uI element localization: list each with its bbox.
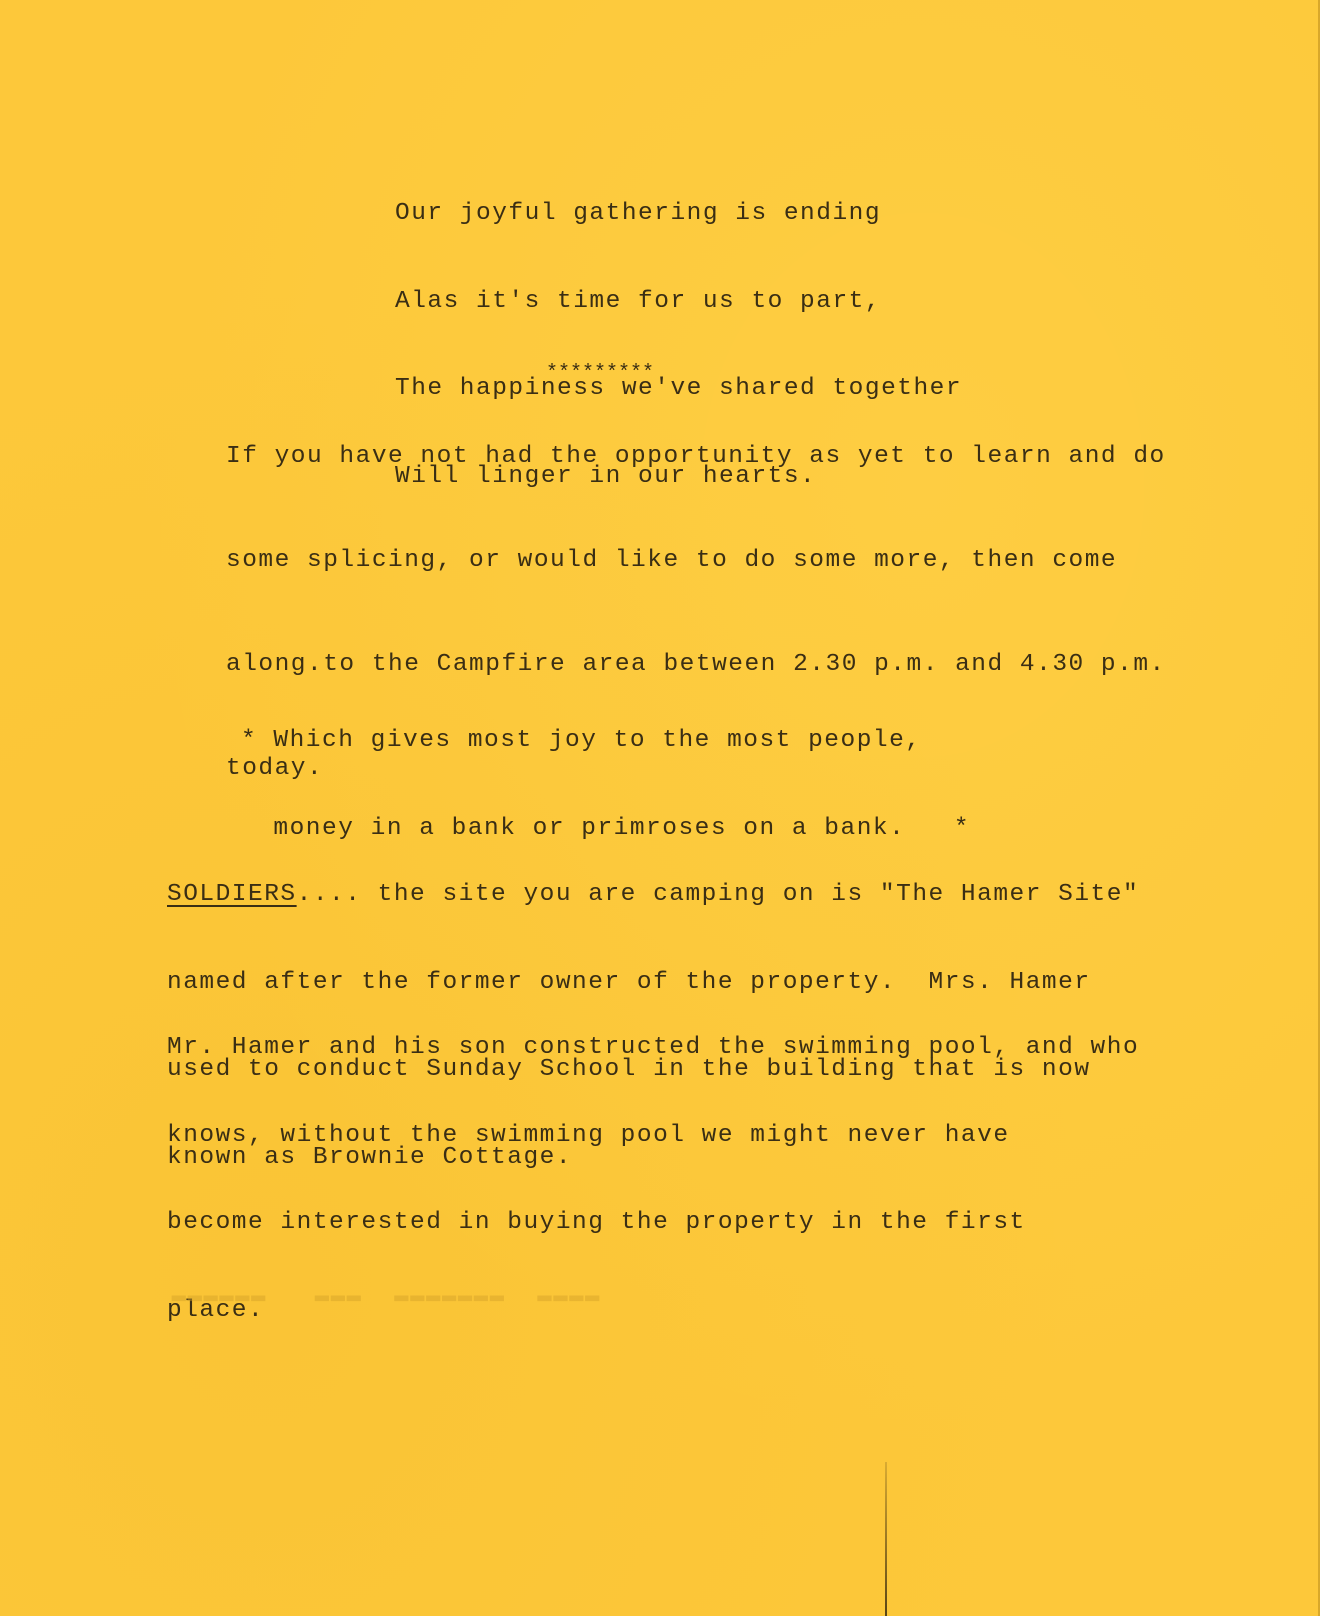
soldiers-first-line-text: .... the site you are camping on is "The… (297, 881, 1140, 908)
yellow-paper-page: Our joyful gathering is ending Alas it's… (0, 0, 1320, 1616)
poem-line: Our joyful gathering is ending (395, 197, 962, 231)
hamer-line: knows, without the swimming pool we migh… (167, 1119, 1139, 1153)
paper-crease-mark (885, 1462, 887, 1616)
hamer-pool-paragraph: Mr. Hamer and his son constructed the sw… (167, 977, 1139, 1381)
quote-line: * Which gives most joy to the most peopl… (241, 724, 970, 758)
splicing-line: some splicing, or would like to do some … (226, 536, 1166, 586)
soldiers-heading: SOLDIERS (167, 881, 297, 908)
splicing-line: If you have not had the opportunity as y… (226, 432, 1166, 482)
soldiers-first-line: SOLDIERS.... the site you are camping on… (167, 878, 1139, 912)
hamer-line: become interested in buying the property… (167, 1206, 1139, 1240)
bleed-through-texture: ▬▬▬▬ ▬▬▬▬▬▬▬ ▬▬▬ ▬▬▬▬▬▬ (170, 1283, 599, 1310)
hamer-line: Mr. Hamer and his son constructed the sw… (167, 1031, 1139, 1065)
poem-line: Alas it's time for us to part, (395, 285, 962, 319)
